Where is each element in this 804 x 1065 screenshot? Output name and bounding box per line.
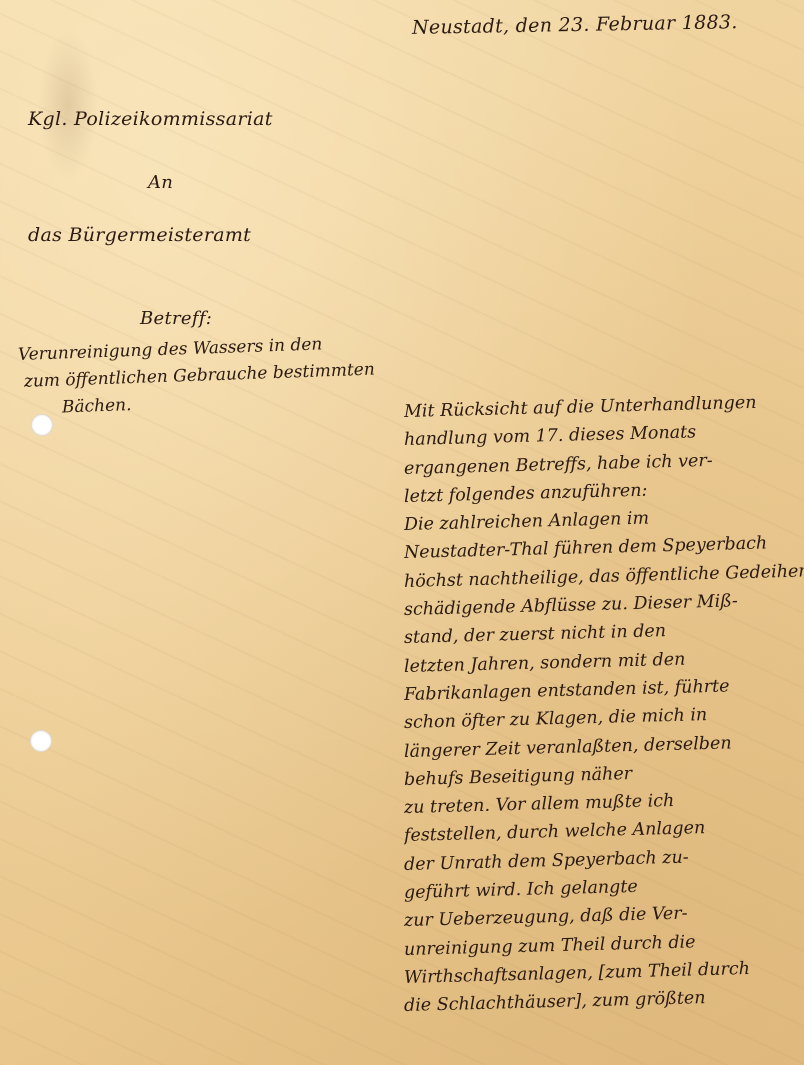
recipient-line: das Bürgermeisteramt bbox=[28, 224, 251, 246]
betreff-label: Betreff: bbox=[140, 308, 212, 329]
punch-hole bbox=[31, 414, 53, 436]
punch-hole bbox=[30, 730, 52, 752]
salutation-an: An bbox=[148, 172, 173, 193]
sender-line: Kgl. Polizeikommissariat bbox=[28, 108, 273, 130]
letter-page: Neustadt, den 23. Februar 1883. Kgl. Pol… bbox=[0, 0, 804, 1065]
letter-body: Mit Rücksicht auf die Unterhandlungen ha… bbox=[404, 398, 804, 1021]
subject-block: Verunreinigung des Wassers in den zum öf… bbox=[18, 342, 428, 423]
